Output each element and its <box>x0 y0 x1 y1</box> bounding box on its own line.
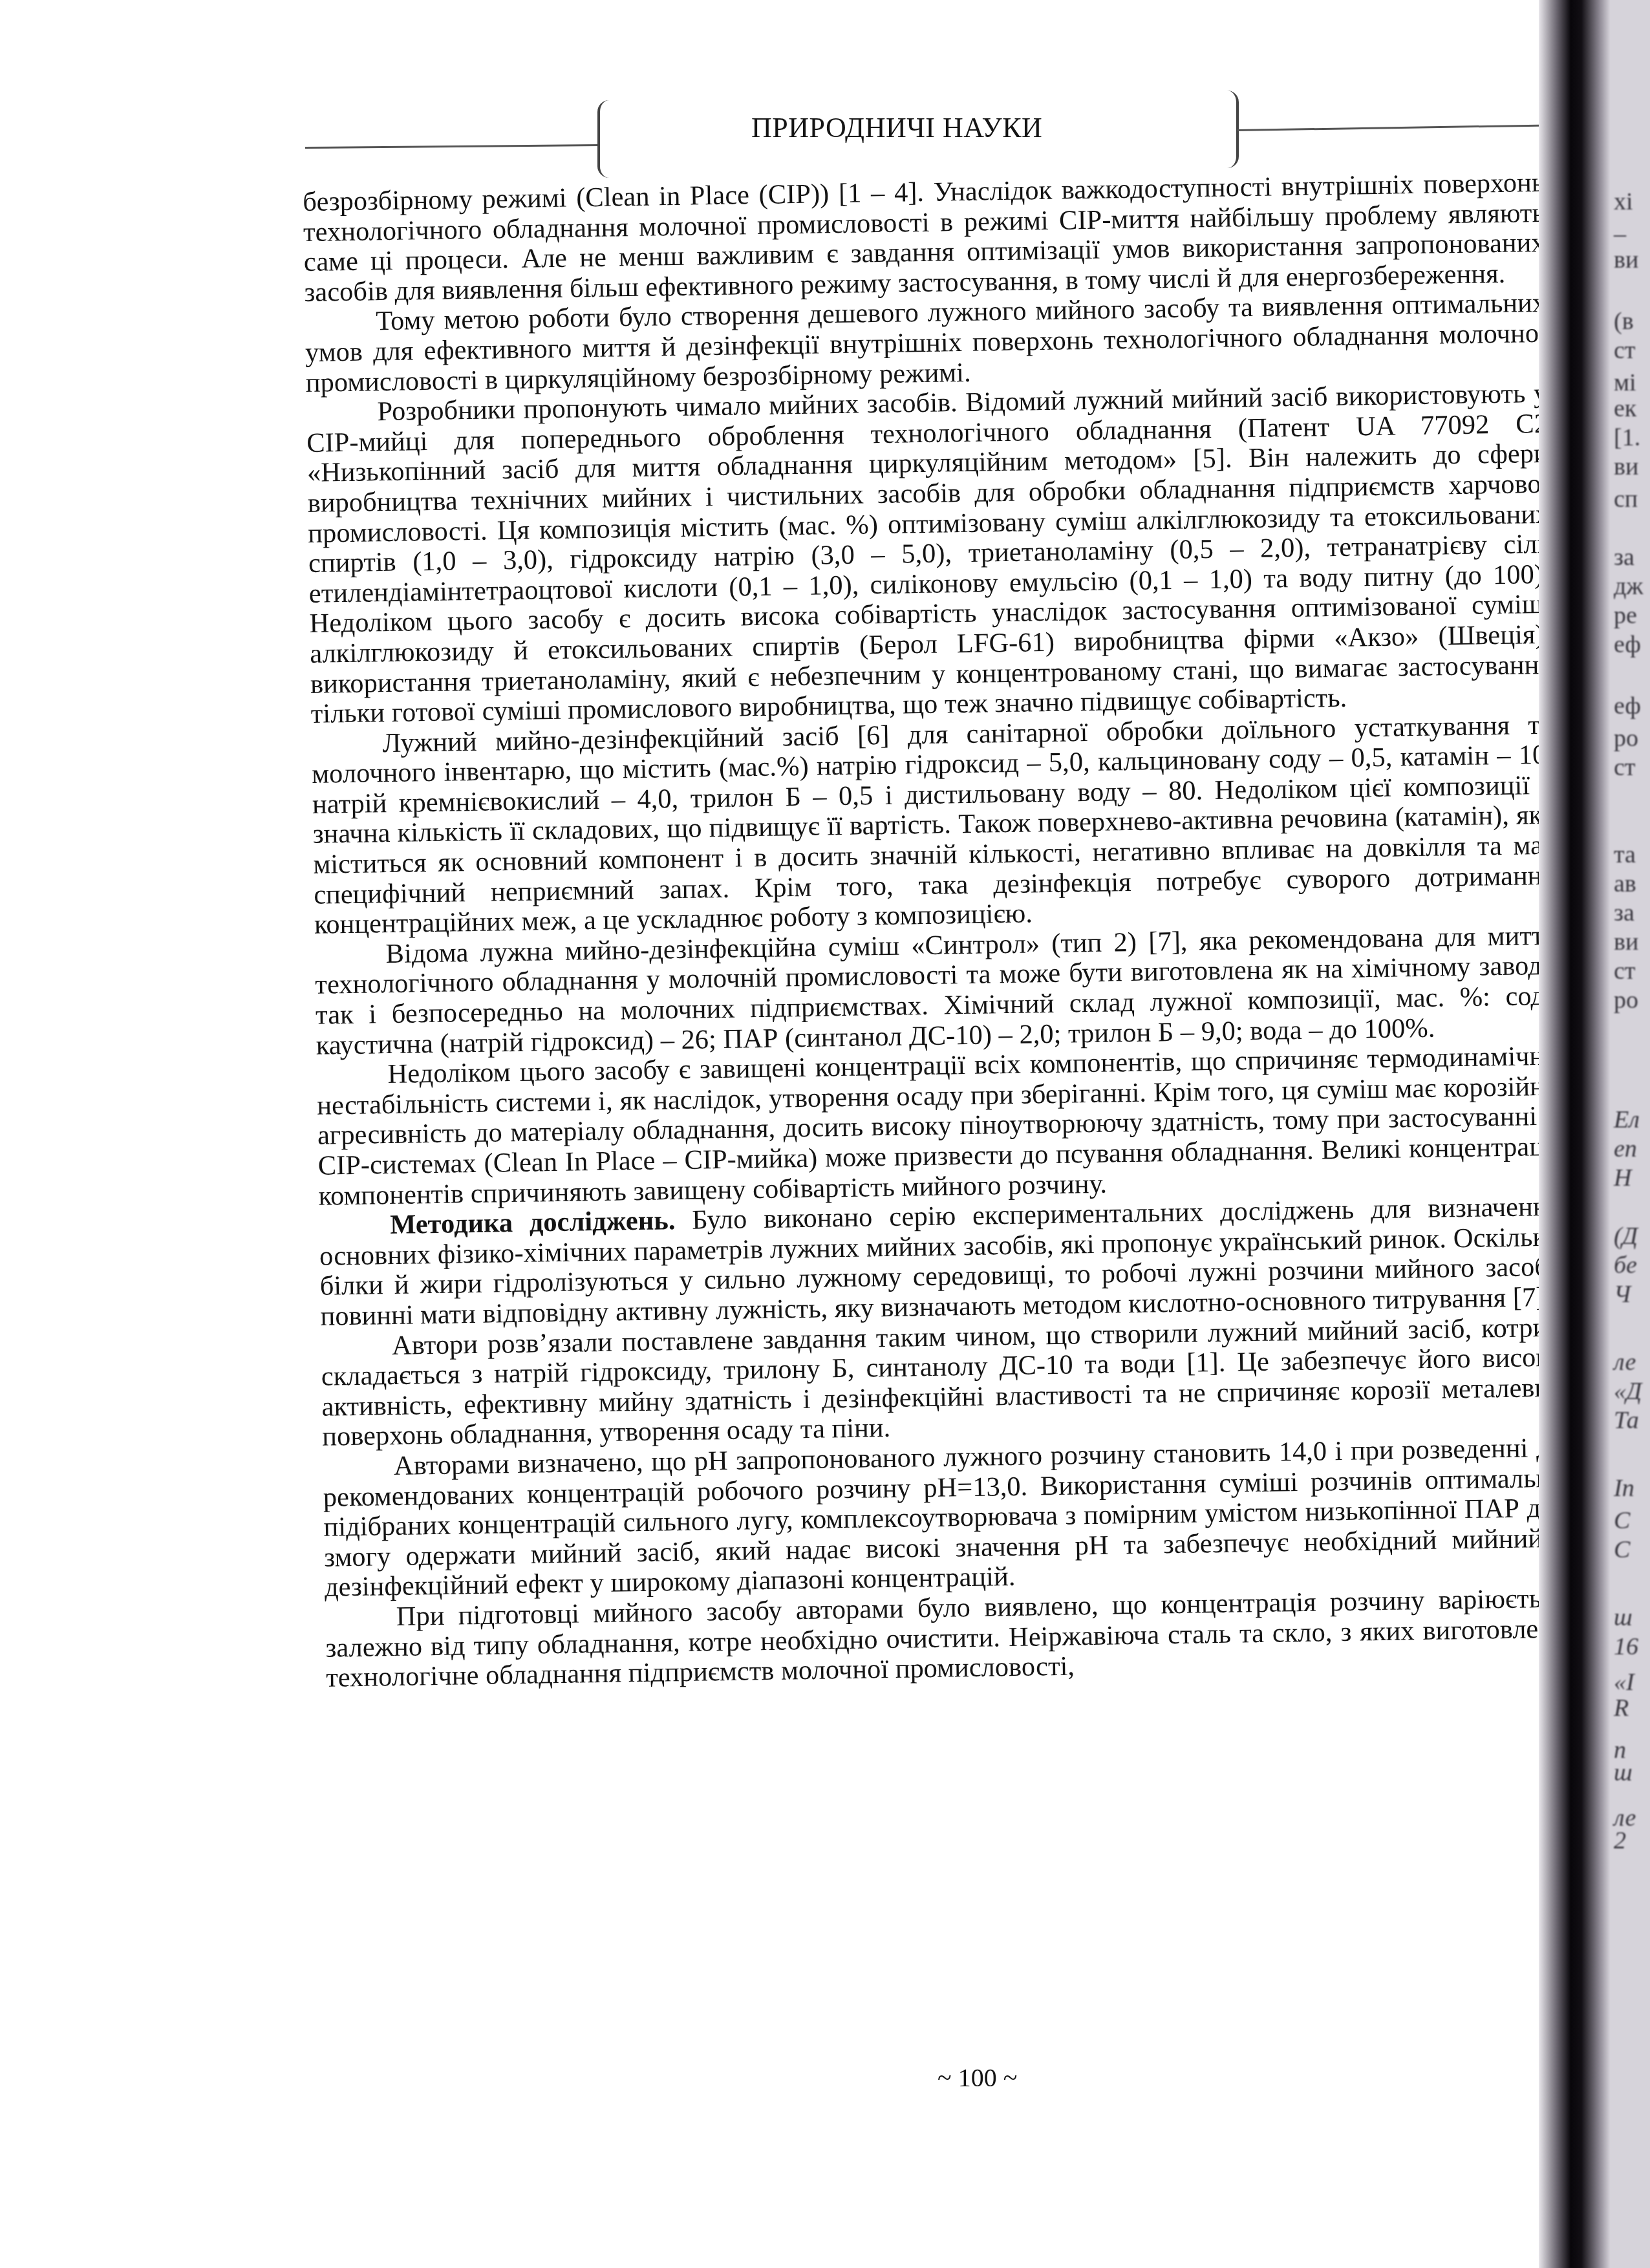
adjacent-page-text-fragment: дж <box>1614 572 1644 601</box>
adjacent-page-text-fragment: бе <box>1614 1251 1637 1279</box>
adjacent-page-text-fragment: ле <box>1614 1348 1636 1376</box>
header-brace-left-icon <box>597 100 612 178</box>
adjacent-page-text-fragment: (в <box>1614 307 1634 336</box>
paragraph: Відома лужна мийно-дезінфекційна суміш «… <box>314 921 1558 1062</box>
adjacent-page-text-fragment: Та <box>1614 1406 1639 1435</box>
adjacent-page-text-fragment: еф <box>1614 692 1641 720</box>
paragraph: Лужний мийно-дезінфекційний засіб [6] дл… <box>311 710 1556 940</box>
adjacent-page-text-fragment: ш <box>1614 1759 1633 1787</box>
paragraph: Розробники пропонують чимало мийних засо… <box>306 379 1552 730</box>
adjacent-page-text-fragment: сп <box>1614 485 1638 513</box>
adjacent-page-text-fragment: – <box>1614 220 1626 248</box>
paragraph: безрозбірному режимі (Clean in Place (CI… <box>303 168 1546 308</box>
adjacent-page-text-fragment: за <box>1614 543 1634 572</box>
header-brace-right-icon <box>1225 91 1239 168</box>
adjacent-page-text-fragment: ст <box>1614 753 1635 782</box>
adjacent-page-text-fragment: ви <box>1614 928 1638 956</box>
adjacent-page-text-fragment: ви <box>1614 246 1638 274</box>
paragraph: Недоліком цього засобу є завищені концен… <box>316 1042 1559 1212</box>
adjacent-page-text-fragment: ав <box>1614 870 1636 898</box>
adjacent-page-text-fragment: мі <box>1614 369 1636 397</box>
paragraph: Авторами визначено, що pH запропонованог… <box>323 1433 1566 1603</box>
adjacent-page-text-fragment: хі <box>1614 187 1633 216</box>
adjacent-page-text-fragment: ш <box>1614 1603 1633 1632</box>
adjacent-page-text-fragment: ре <box>1614 601 1637 630</box>
header-rule-right <box>1237 124 1548 131</box>
adjacent-page-text-fragment: Н <box>1614 1164 1631 1192</box>
running-header: ПРИРОДНИЧІ НАУКИ <box>299 97 1547 168</box>
book-gutter-shadow <box>1539 0 1610 2268</box>
adjacent-page-text-fragment: «Д <box>1614 1377 1642 1406</box>
adjacent-page-text-fragment: ро <box>1614 724 1638 753</box>
adjacent-page-text-fragment: C <box>1614 1535 1630 1564</box>
adjacent-page-text-fragment: «І <box>1614 1668 1634 1696</box>
adjacent-page-text-fragment: (Д <box>1614 1222 1638 1250</box>
adjacent-page-text-fragment: C <box>1614 1506 1630 1535</box>
adjacent-page-text-fragment: 2 <box>1614 1826 1626 1855</box>
page-number: ~ 100 ~ <box>937 2062 1017 2093</box>
adjacent-page-text-fragment: 16 <box>1614 1632 1638 1661</box>
document-page: ПРИРОДНИЧІ НАУКИ безрозбірному режимі (C… <box>0 0 1552 2268</box>
adjacent-page-text-fragment: en <box>1614 1135 1637 1163</box>
adjacent-page-edge: хі–ви(встміек[1.виспзаджреефефросттаавза… <box>1610 0 1650 2268</box>
adjacent-page-text-fragment: ст <box>1614 957 1635 985</box>
adjacent-page-text-fragment: Ч <box>1614 1280 1631 1309</box>
adjacent-page-text-fragment: за <box>1614 899 1634 927</box>
header-rule-left <box>305 144 599 149</box>
adjacent-page-text-fragment: Ел <box>1614 1106 1640 1134</box>
adjacent-page-text-fragment: [1. <box>1614 423 1640 452</box>
adjacent-page-text-fragment: ек <box>1614 394 1636 423</box>
paragraph-methods: Методика досліджень. Було виконано серію… <box>319 1192 1562 1332</box>
adjacent-page-text-fragment: In <box>1614 1474 1634 1503</box>
article-body: безрозбірному режимі (Clean in Place (CI… <box>303 168 1567 1694</box>
section-lead-heading: Методика досліджень. <box>390 1205 676 1240</box>
adjacent-page-text-fragment: та <box>1614 840 1636 869</box>
adjacent-page-text-fragment: еф <box>1614 630 1641 659</box>
paragraph: При підготовці мийного засобу авторами б… <box>325 1583 1567 1693</box>
adjacent-page-text-fragment: ви <box>1614 453 1638 481</box>
header-title: ПРИРОДНИЧІ НАУКИ <box>751 111 1042 144</box>
paragraph: Автори розв’язали поставлене завдання та… <box>321 1312 1564 1453</box>
adjacent-page-text-fragment: R <box>1614 1694 1629 1722</box>
adjacent-page-text-fragment: ро <box>1614 986 1638 1014</box>
adjacent-page-text-fragment: ст <box>1614 336 1635 365</box>
